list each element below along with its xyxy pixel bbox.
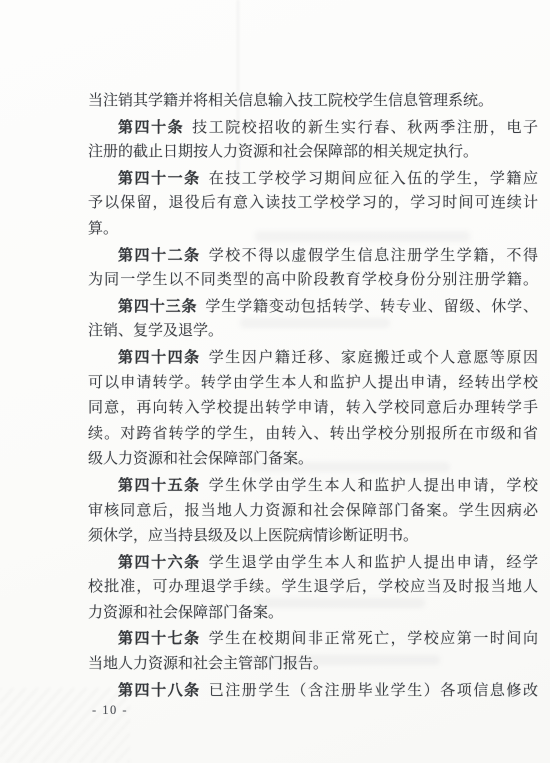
article-text: 在技工学校学习期间应征入伍的学生，学籍应 xyxy=(209,171,538,187)
paragraph-article-42: 第四十二条学校不得以虚假学生信息注册学生学籍，不得 为同一学生以不同类型的高中阶… xyxy=(88,243,538,294)
text-line: 级人力资源和社会保障部门备案。 xyxy=(88,447,538,473)
article-number: 第四十四条 xyxy=(118,349,201,366)
text-line: 须休学，应当持县级及以上医院病情诊断证明书。 xyxy=(88,524,538,550)
article-text: 学生在校期间非正常死亡，学校应第一时间向 xyxy=(209,631,538,647)
article-text: 已注册学生（含注册毕业学生）各项信息修改 xyxy=(209,683,538,699)
article-number: 第四十条 xyxy=(118,119,184,136)
scanned-document-page: 当注销其学籍并将相关信息输入技工院校学生信息管理系统。 第四十条技工院校招收的新… xyxy=(0,0,550,763)
page-number: - 10 - xyxy=(92,703,128,718)
text-line: 审核同意后，报当地人力资源和社会保障部门备案。学生因病必 xyxy=(88,499,538,525)
paragraph-article-40: 第四十条技工院校招收的新生实行春、秋两季注册，电子 注册的截止日期按人力资源和社… xyxy=(88,115,538,166)
text-line: 续。对跨省转学的学生，由转入、转出学校分别报所在市级和省 xyxy=(88,422,538,448)
text-line: 第四十条技工院校招收的新生实行春、秋两季注册，电子 xyxy=(88,115,538,141)
article-text: 学校不得以虚假学生信息注册学生学籍，不得 xyxy=(209,248,538,264)
article-text: 技工院校招收的新生实行春、秋两季注册，电子 xyxy=(192,120,538,136)
article-number: 第四十五条 xyxy=(118,477,201,494)
text-line: 第四十三条学生学籍变动包括转学、转专业、留级、休学、 xyxy=(88,294,538,320)
article-number: 第四十二条 xyxy=(118,247,201,264)
text-line: 注销、复学及退学。 xyxy=(88,319,538,345)
paragraph-continuation: 当注销其学籍并将相关信息输入技工院校学生信息管理系统。 xyxy=(88,89,538,115)
paragraph-article-44: 第四十四条学生因户籍迁移、家庭搬迁或个人意愿等原因 可以申请转学。转学由学生本人… xyxy=(88,345,538,473)
article-text: 学生学籍变动包括转学、转专业、留级、休学、 xyxy=(205,299,538,315)
article-number: 第四十八条 xyxy=(118,682,201,699)
text-line: 第四十四条学生因户籍迁移、家庭搬迁或个人意愿等原因 xyxy=(88,345,538,371)
text-line: 第四十一条在技工学校学习期间应征入伍的学生，学籍应 xyxy=(88,166,538,192)
text-line: 可以申请转学。转学由学生本人和监护人提出申请，经转出学校 xyxy=(88,371,538,397)
paragraph-article-47: 第四十七条学生在校期间非正常死亡，学校应第一时间向 当地人力资源和社会主管部门报… xyxy=(88,626,538,677)
paragraph-article-45: 第四十五条学生休学由学生本人和监护人提出申请，学校 审核同意后，报当地人力资源和… xyxy=(88,473,538,550)
text-line: 第四十二条学校不得以虚假学生信息注册学生学籍，不得 xyxy=(88,243,538,269)
article-number: 第四十一条 xyxy=(118,170,201,187)
text-line: 当地人力资源和社会主管部门报告。 xyxy=(88,652,538,678)
text-line: 同意，再向转入学校提出转学申请，转入学校同意后办理转学手 xyxy=(88,396,538,422)
article-text: 学生休学由学生本人和监护人提出申请，学校 xyxy=(209,478,538,494)
document-body: 当注销其学籍并将相关信息输入技工院校学生信息管理系统。 第四十条技工院校招收的新… xyxy=(88,89,538,703)
paragraph-article-48: 第四十八条已注册学生（含注册毕业学生）各项信息修改 xyxy=(88,678,538,704)
article-number: 第四十七条 xyxy=(118,630,201,647)
text-line: 校批准，可办理退学手续。学生退学后，学校应当及时报当地人 xyxy=(88,575,538,601)
text-line: 当注销其学籍并将相关信息输入技工院校学生信息管理系统。 xyxy=(88,89,538,115)
text-line: 为同一学生以不同类型的高中阶段教育学校身份分别注册学籍。 xyxy=(88,268,538,294)
article-text: 学生退学由学生本人和监护人提出申请，经学 xyxy=(209,555,538,571)
text-line: 注册的截止日期按人力资源和社会保障部的相关规定执行。 xyxy=(88,140,538,166)
article-number: 第四十三条 xyxy=(118,298,197,315)
text-line: 力资源和社会保障部门备案。 xyxy=(88,601,538,627)
text-line: 予以保留，退役后有意入读技工学校学习的，学习时间可连续计 xyxy=(88,191,538,217)
article-number: 第四十六条 xyxy=(118,554,201,571)
paragraph-article-43: 第四十三条学生学籍变动包括转学、转专业、留级、休学、 注销、复学及退学。 xyxy=(88,294,538,345)
paragraph-article-41: 第四十一条在技工学校学习期间应征入伍的学生，学籍应 予以保留，退役后有意入读技工… xyxy=(88,166,538,243)
paragraph-article-46: 第四十六条学生退学由学生本人和监护人提出申请，经学 校批准，可办理退学手续。学生… xyxy=(88,550,538,627)
text-line: 算。 xyxy=(88,217,538,243)
text-line: 第四十六条学生退学由学生本人和监护人提出申请，经学 xyxy=(88,550,538,576)
text-line: 第四十五条学生休学由学生本人和监护人提出申请，学校 xyxy=(88,473,538,499)
text-line: 第四十八条已注册学生（含注册毕业学生）各项信息修改 xyxy=(88,678,538,704)
text-line: 第四十七条学生在校期间非正常死亡，学校应第一时间向 xyxy=(88,626,538,652)
article-text: 学生因户籍迁移、家庭搬迁或个人意愿等原因 xyxy=(209,350,538,366)
